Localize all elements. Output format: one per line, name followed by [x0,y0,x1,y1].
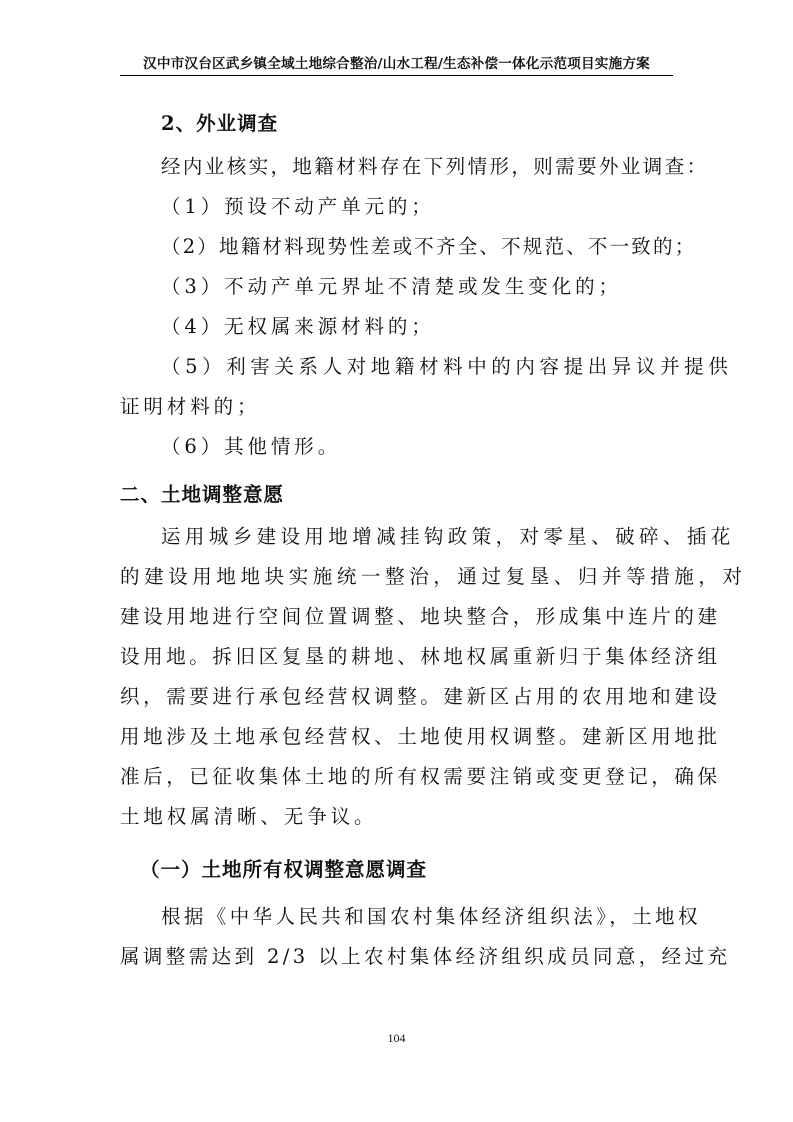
list-item: （1）预设不动产单元的； [120,187,673,227]
page-body: 2、外业调查 经内业核实，地籍材料存在下列情形，则需要外业调查： （1）预设不动… [120,98,673,977]
paragraph-line: 土地权属清晰、无争议。 [120,797,673,837]
page-number: 104 [0,1031,793,1046]
paragraph-line: 准后，已征收集体土地的所有权需要注销或变更登记，确保 [120,757,673,797]
intro-paragraph: 经内业核实，地籍材料存在下列情形，则需要外业调查： [120,147,673,187]
section-heading-ownership-survey: （一）土地所有权调整意愿调查 [120,843,673,897]
list-item: （6）其他情形。 [120,427,673,467]
paragraph-line: 用地涉及土地承包经营权、土地使用权调整。建新区用地批 [120,717,673,757]
paragraph-line: 建设用地进行空间位置调整、地块整合，形成集中连片的建 [120,597,673,637]
list-item: （5）利害关系人对地籍材料中的内容提出异议并提供 [120,347,673,387]
section-ownership-survey: （一）土地所有权调整意愿调查 根据《中华人民共和国农村集体经济组织法》，土地权 … [120,843,673,977]
list-item-continuation: 证明材料的； [120,387,673,427]
paragraph-line: 属调整需达到 2/3 以上农村集体经济组织成员同意，经过充 [120,937,673,977]
paragraph-line: 的建设用地地块实施统一整治，通过复垦、归并等措施，对 [120,557,673,597]
document-title: 汉中市汉台区武乡镇全域土地综合整治/山水工程/生态补偿一体化示范项目实施方案 [143,56,650,72]
paragraph-line: 设用地。拆旧区复垦的耕地、林地权属重新归于集体经济组 [120,637,673,677]
paragraph-line: 根据《中华人民共和国农村集体经济组织法》，土地权 [120,897,673,937]
page-header: 汉中市汉台区武乡镇全域土地综合整治/山水工程/生态补偿一体化示范项目实施方案 [120,55,673,76]
list-item: （2）地籍材料现势性差或不齐全、不规范、不一致的； [120,227,673,267]
list-item: （3）不动产单元界址不清楚或发生变化的； [120,267,673,307]
paragraph-line: 织，需要进行承包经营权调整。建新区占用的农用地和建设 [120,677,673,717]
paragraph-line: 运用城乡建设用地增减挂钩政策，对零星、破碎、插花 [120,517,673,557]
section-field-survey: 2、外业调查 经内业核实，地籍材料存在下列情形，则需要外业调查： （1）预设不动… [120,101,673,467]
section-land-adjustment: 二、土地调整意愿 运用城乡建设用地增减挂钩政策，对零星、破碎、插花 的建设用地地… [120,473,673,837]
section-heading-land-adjustment: 二、土地调整意愿 [120,473,673,517]
section-heading-field-survey: 2、外业调查 [120,101,673,147]
list-item: （4）无权属来源材料的； [120,307,673,347]
